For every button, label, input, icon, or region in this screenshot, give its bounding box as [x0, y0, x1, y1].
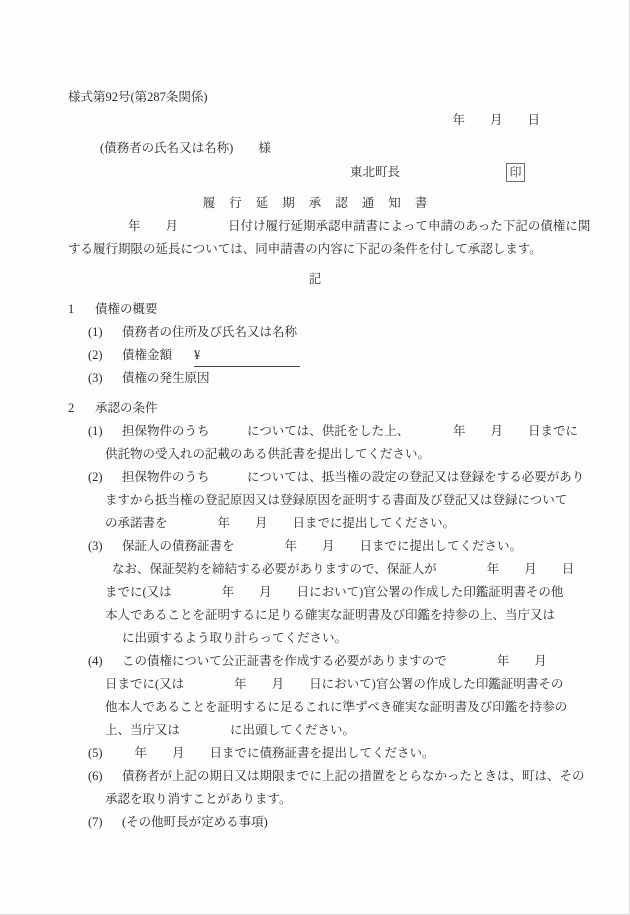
section2-number: 2	[68, 397, 95, 420]
section1-title: 債権の概要	[95, 298, 158, 321]
date-blank-line: 年 月 日	[68, 109, 562, 132]
intro-line-1: 年 月 日付け履行延期承認申請書によって申請のあった下記の債権に関	[68, 215, 562, 238]
list-item-2-3: (3) 保証人の債務証書を 年 月 日までに提出してください。	[68, 535, 562, 558]
issuer-title: 東北町長	[350, 161, 400, 184]
yen-symbol: ¥	[194, 348, 200, 362]
list-item-2-6: (6) 債務者が上記の期日又は期限までに上記の措置をとらなかったときは、町は、そ…	[68, 765, 562, 788]
item-number: (1)	[68, 420, 122, 443]
item-text: (その他町長が定める事項)	[122, 811, 268, 834]
item-text-continuation: ますから抵当権の登記原因又は登録原因を証明する書面及び登記又は登録について	[68, 489, 562, 512]
item-number: (2)	[68, 344, 122, 367]
item-text: 保証人の債務証書を 年 月 日までに提出してください。	[122, 535, 522, 558]
item-number: (2)	[68, 466, 122, 489]
item-text-continuation: 供託物の受入れの記載のある供託書を提出してください。	[68, 443, 562, 466]
list-item-1-2: (2) 債権金額 ¥	[68, 344, 562, 367]
section1-number: 1	[68, 298, 95, 321]
section1-heading: 1 債権の概要	[68, 298, 562, 321]
item-text: 債務者の住所及び氏名又は名称	[122, 321, 297, 344]
section2-title: 承認の条件	[95, 397, 158, 420]
document-title: 履行延期承認通知書	[68, 192, 576, 215]
item-text: 担保物件のうち については、抵当権の設定の登記又は登録をする必要があり	[122, 466, 584, 489]
amount-fill-in-underline: ¥	[194, 344, 300, 367]
item-number: (6)	[68, 765, 122, 788]
list-item-2-5: (5) 年 月 日までに債務証書を提出してください。	[68, 742, 562, 765]
item-text-continuation: 上、当庁又は に出頭してください。	[68, 719, 562, 742]
form-number: 様式第92号(第287条関係)	[68, 86, 562, 109]
item-text-continuation: 他本人であることを証明するに足るこれに準ずべき確実な証明書及び印鑑を持参の	[68, 696, 562, 719]
item-text: 年 月 日までに債務証書を提出してください。	[122, 742, 435, 765]
list-item-1-3: (3) 債権の発生原因	[68, 367, 562, 390]
item-text: 債務者が上記の期日又は期限までに上記の措置をとらなかったときは、町は、その	[122, 765, 585, 788]
record-marker: 記	[68, 268, 562, 291]
item-number: (4)	[68, 650, 122, 673]
item-number: (1)	[68, 321, 122, 344]
document-page: 様式第92号(第287条関係) 年 月 日 (債務者の氏名又は名称) 様 東北町…	[0, 0, 630, 834]
issuer-line: 東北町長 印	[68, 161, 562, 184]
list-item-1-1: (1) 債務者の住所及び氏名又は名称	[68, 321, 562, 344]
intro-line-2: する履行期限の延長については、同申請書の内容に下記の条件を付して承認します。	[68, 238, 562, 261]
seal-stamp-box: 印	[506, 163, 525, 182]
item-text: この債権について公正証書を作成する必要がありますので 年 月	[122, 650, 547, 673]
list-item-2-2: (2) 担保物件のうち については、抵当権の設定の登記又は登録をする必要があり	[68, 466, 562, 489]
item-text-continuation: までに(又は 年 月 日において)官公署の作成した印鑑証明書その他	[68, 581, 562, 604]
section2-heading: 2 承認の条件	[68, 397, 562, 420]
addressee-line: (債務者の氏名又は名称) 様	[68, 137, 562, 160]
item-number: (3)	[68, 535, 122, 558]
item-text-continuation: に出頭するよう取り計らってください。	[68, 627, 562, 650]
item-number: (5)	[68, 742, 122, 765]
item-note-line: なお、保証契約を締結する必要がありますので、保証人が 年 月 日	[68, 558, 562, 581]
item-number: (3)	[68, 367, 122, 390]
list-item-2-4: (4) この債権について公正証書を作成する必要がありますので 年 月	[68, 650, 562, 673]
list-item-2-1: (1) 担保物件のうち については、供託をした上、 年 月 日までに	[68, 420, 562, 443]
list-item-2-7: (7) (その他町長が定める事項)	[68, 811, 562, 834]
item-text-continuation: 本人であることを証明するに足りる確実な証明書及び印鑑を持参の上、当庁又は	[68, 604, 562, 627]
item-text: 担保物件のうち については、供託をした上、 年 月 日までに	[122, 420, 578, 443]
item-text-continuation: 日までに(又は 年 月 日において)官公署の作成した印鑑証明書その	[68, 673, 562, 696]
item-text-continuation: の承諾書を 年 月 日までに提出してください。	[68, 512, 562, 535]
item-text: 債権の発生原因	[122, 367, 210, 390]
item-text-continuation: 承認を取り消すことがあります。	[68, 788, 562, 811]
item-number: (7)	[68, 811, 122, 834]
item-text: 債権金額	[122, 344, 172, 367]
